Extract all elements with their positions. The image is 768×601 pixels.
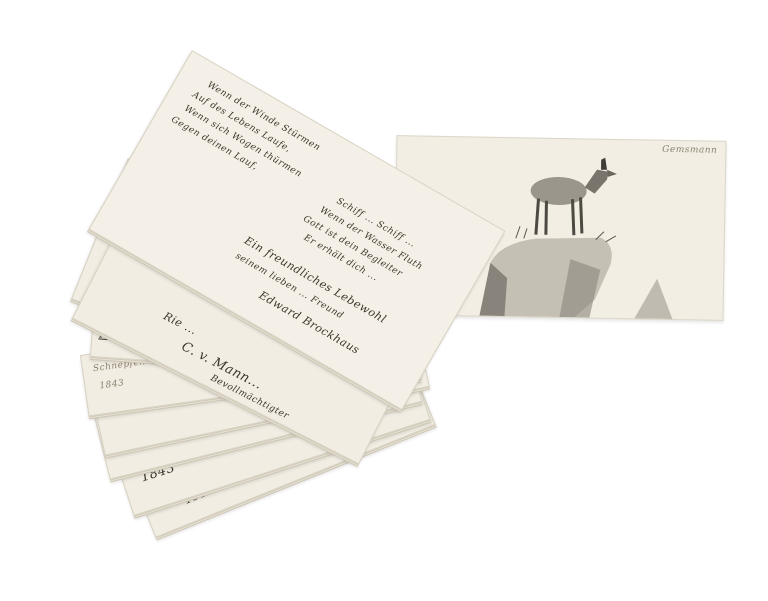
photo-scene: Gemsmann Schnepfenthal den 21 Sept 1842 …	[0, 0, 768, 601]
card-text: Rie ...	[161, 310, 199, 338]
card-text: 1843	[99, 378, 125, 391]
